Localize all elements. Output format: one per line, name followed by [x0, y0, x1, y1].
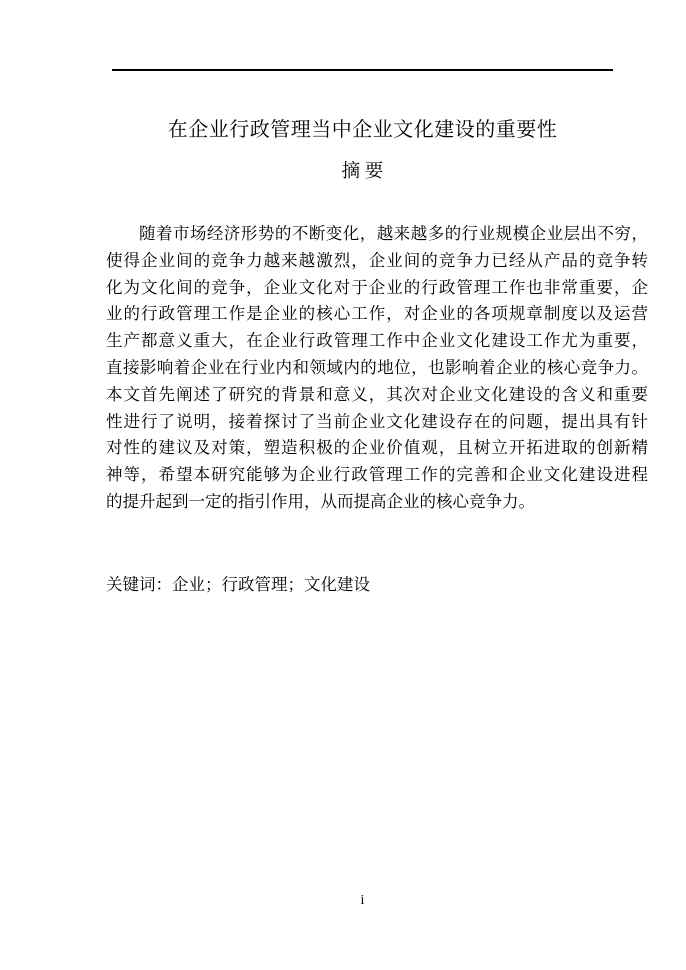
abstract-heading: 摘 要	[112, 157, 613, 187]
abstract-line: 的提升起到一定的指引作用，从而提高企业的核心竞争力。	[106, 489, 648, 516]
abstract-line: 本文首先阐述了研究的背景和意义，其次对企业文化建设的含义和重要	[106, 382, 648, 409]
abstract-line: 直接影响着企业在行业内和领域内的地位，也影响着企业的核心竞争力。	[106, 355, 648, 382]
abstract-line: 性进行了说明，接着探讨了当前企业文化建设存在的问题，提出具有针	[106, 409, 648, 436]
abstract-line: 生产都意义重大，在企业行政管理工作中企业文化建设工作尤为重要，	[106, 328, 648, 355]
abstract-line: 业的行政管理工作是企业的核心工作，对企业的各项规章制度以及运营	[106, 301, 648, 328]
header-divider-rule	[112, 69, 613, 71]
keywords-line: 关键词：企业；行政管理；文化建设	[106, 572, 648, 599]
abstract-page: 在企业行政管理当中企业文化建设的重要性 摘 要 随着市场经济形势的不断变化，越来…	[0, 0, 686, 970]
abstract-line: 神等，希望本研究能够为企业行政管理工作的完善和企业文化建设进程	[106, 462, 648, 489]
abstract-paragraph: 随着市场经济形势的不断变化，越来越多的行业规模企业层出不穷，使得企业间的竞争力越…	[106, 221, 648, 516]
abstract-line: 随着市场经济形势的不断变化，越来越多的行业规模企业层出不穷，	[106, 221, 648, 248]
paper-title: 在企业行政管理当中企业文化建设的重要性	[112, 114, 613, 146]
abstract-line: 化为文化间的竞争，企业文化对于企业的行政管理工作也非常重要，企	[106, 275, 648, 302]
abstract-line: 对性的建议及对策，塑造积极的企业价值观，且树立开拓进取的创新精	[106, 435, 648, 462]
page-number: i	[112, 888, 613, 914]
abstract-line: 使得企业间的竞争力越来越激烈，企业间的竞争力已经从产品的竞争转	[106, 248, 648, 275]
document-page: { "document": { "title": "在企业行政管理当中企业文化建…	[0, 0, 686, 970]
